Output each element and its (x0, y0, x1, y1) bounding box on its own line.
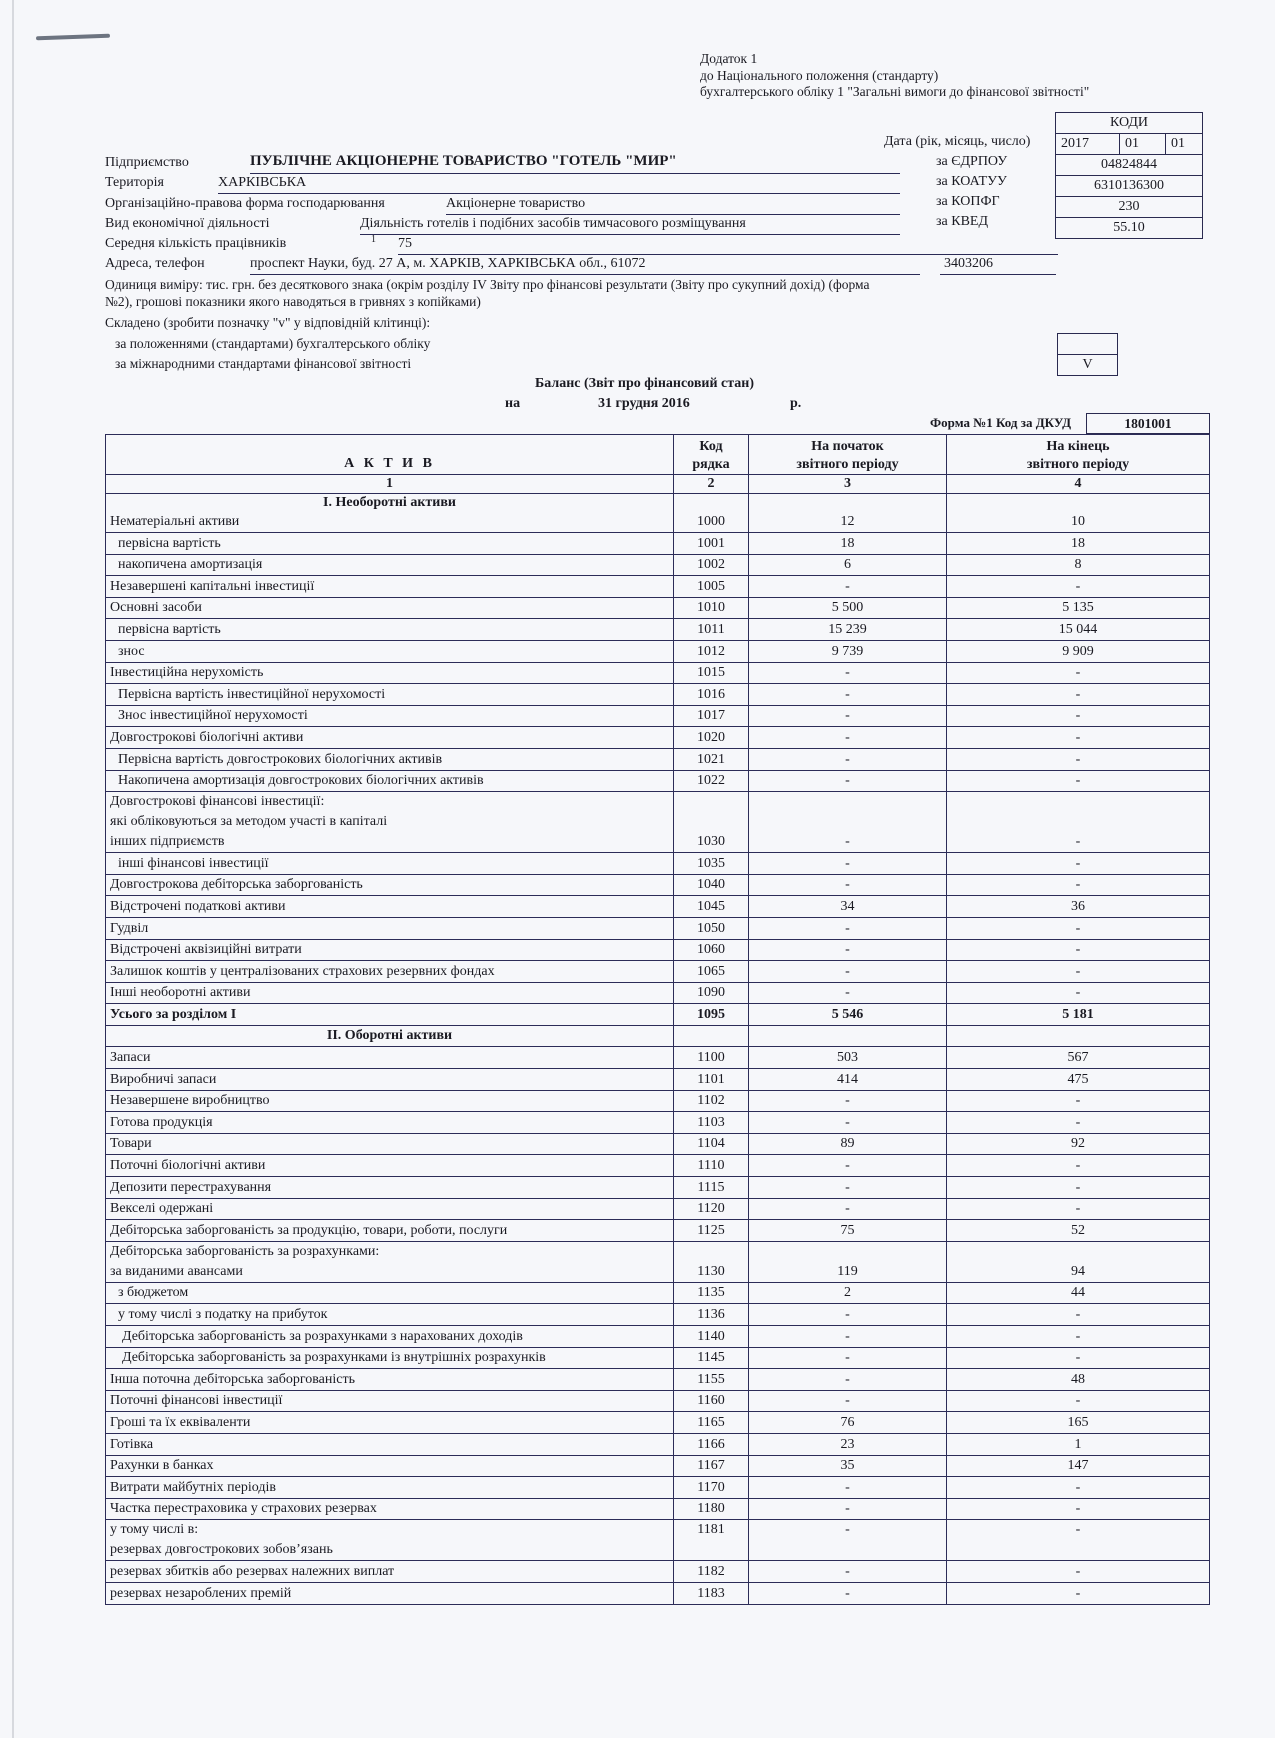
row-end: 52 (947, 1220, 1210, 1242)
row-end: - (947, 1090, 1210, 1112)
row-code: 1130 (674, 1241, 749, 1282)
compiled-label: Складено (зробити позначку "v" у відпові… (105, 315, 430, 331)
balance-table: А К Т И В Кодрядка На початокзвітного пе… (105, 434, 1210, 1605)
table-row: у тому числі з податку на прибуток1136-- (106, 1304, 1210, 1326)
row-code: 1035 (674, 853, 749, 875)
row-code: 1030 (674, 792, 749, 853)
row-start: - (749, 1198, 947, 1220)
row-end: - (947, 853, 1210, 875)
compiled-option-national: за положеннями (стандартами) бухгалтерсь… (115, 336, 430, 352)
row-code: 1103 (674, 1112, 749, 1134)
row-end: 165 (947, 1412, 1210, 1434)
row-label: Поточні фінансові інвестиції (106, 1390, 674, 1412)
row-label: Накопичена амортизація довгострокових бі… (106, 770, 674, 792)
row-code: 1040 (674, 874, 749, 896)
row-start: 6 (749, 554, 947, 576)
row-end: - (947, 961, 1210, 983)
table-row: Рахунки в банках116735147 (106, 1455, 1210, 1477)
row-code: 1045 (674, 896, 749, 918)
row-code: 1115 (674, 1177, 749, 1199)
row-label: Залишок коштів у централізованих страхов… (106, 961, 674, 983)
row-label: первісна вартість (106, 533, 674, 555)
table-row: Інвестиційна нерухомість1015-- (106, 662, 1210, 684)
row-start: - (749, 874, 947, 896)
compiled-checkboxes: V (1057, 333, 1118, 376)
header-period-start: На початокзвітного періоду (749, 435, 947, 475)
row-label: Відстрочені податкові активи (106, 896, 674, 918)
row-start: 119 (749, 1241, 947, 1282)
row-end: 5 135 (947, 597, 1210, 619)
row-code: 1010 (674, 597, 749, 619)
row-start: - (749, 1520, 947, 1561)
row-code: 1101 (674, 1069, 749, 1091)
row-start: 35 (749, 1455, 947, 1477)
column-number: 1 (106, 475, 674, 494)
row-label: Векселі одержані (106, 1198, 674, 1220)
enterprise-label: Підприємство (105, 155, 189, 171)
row-end: - (947, 748, 1210, 770)
row-start: - (749, 1090, 947, 1112)
table-row: Витрати майбутніх періодів1170-- (106, 1477, 1210, 1499)
row-start: 76 (749, 1412, 947, 1434)
row-start: 18 (749, 533, 947, 555)
row-end: 92 (947, 1133, 1210, 1155)
row-code: 1180 (674, 1498, 749, 1520)
table-row: знос10129 7399 909 (106, 640, 1210, 662)
row-end: - (947, 727, 1210, 749)
row-label: первісна вартість (106, 619, 674, 641)
phone-value: 3403206 (944, 256, 993, 272)
row-end: 475 (947, 1069, 1210, 1091)
row-label: знос (106, 640, 674, 662)
table-row: Первісна вартість інвестиційної нерухомо… (106, 684, 1210, 706)
section-title: І. Необоротні активи (106, 494, 673, 512)
koatuu-label: за КОАТУУ (936, 174, 1007, 190)
edrpou-code: 04824844 (1056, 155, 1202, 175)
row-end: - (947, 1155, 1210, 1177)
table-row: Готівка1166231 (106, 1433, 1210, 1455)
column-number: 2 (674, 475, 749, 494)
row-start: 75 (749, 1220, 947, 1242)
row-start: 414 (749, 1069, 947, 1091)
koatuu-code: 6310136300 (1056, 176, 1202, 196)
row-end: 9 909 (947, 640, 1210, 662)
row-end (947, 1025, 1210, 1047)
row-code: 1050 (674, 917, 749, 939)
row-label: Дебіторська заборгованість за розрахунка… (106, 1241, 674, 1282)
employees-footnote: 1 (371, 234, 376, 245)
table-row: Дебіторська заборгованість за розрахунка… (106, 1347, 1210, 1369)
row-end: 44 (947, 1282, 1210, 1304)
row-name: І. Необоротні активиНематеріальні активи (106, 494, 674, 533)
row-start: - (749, 576, 947, 598)
table-row: Векселі одержані1120-- (106, 1198, 1210, 1220)
table-row: Первісна вартість довгострокових біологі… (106, 748, 1210, 770)
row-label: Запаси (106, 1047, 674, 1069)
row-label: Витрати майбутніх періодів (106, 1477, 674, 1499)
enterprise-underline (250, 173, 900, 174)
row-label: резервах збитків або резервах належних в… (106, 1561, 674, 1583)
table-row: Інша поточна дебіторська заборгованість1… (106, 1369, 1210, 1391)
row-code: 1170 (674, 1477, 749, 1499)
address-underline (250, 274, 920, 275)
row-code: 1167 (674, 1455, 749, 1477)
row-label: Дебіторська заборгованість за розрахунка… (106, 1326, 674, 1348)
edrpou-label: за ЄДРПОУ (936, 154, 1007, 170)
row-end: 18 (947, 533, 1210, 555)
row-code: 1145 (674, 1347, 749, 1369)
checkbox-ifrs[interactable]: V (1058, 354, 1117, 375)
appendix-line-2: до Національного положення (стандарту) (700, 68, 938, 84)
territory-value: ХАРКІВСЬКА (218, 175, 306, 191)
row-code: 1011 (674, 619, 749, 641)
row-end: - (947, 874, 1210, 896)
compiled-option-ifrs: за міжнародними стандартами фінансової з… (115, 356, 411, 372)
row-start: 5 546 (749, 1004, 947, 1026)
row-label: з бюджетом (106, 1282, 674, 1304)
row-end: - (947, 1477, 1210, 1499)
table-row: Дебіторська заборгованість за розрахунка… (106, 1326, 1210, 1348)
column-number: 4 (947, 475, 1210, 494)
table-row: Виробничі запаси1101414475 (106, 1069, 1210, 1091)
table-row: Накопичена амортизація довгострокових бі… (106, 770, 1210, 792)
row-label: Гудвіл (106, 917, 674, 939)
section-row: II. Оборотні активи (106, 1025, 1210, 1047)
row-end: - (947, 1326, 1210, 1348)
row-start: - (749, 705, 947, 727)
table-row: Залишок коштів у централізованих страхов… (106, 961, 1210, 983)
total-row: Усього за розділом I10955 5465 181 (106, 1004, 1210, 1026)
checkbox-national-standards[interactable] (1058, 334, 1117, 354)
row-start: - (749, 853, 947, 875)
header-period-end: На кінецьзвітного періоду (947, 435, 1210, 475)
row-end: - (947, 662, 1210, 684)
row-end: - (947, 792, 1210, 853)
row-label: Довгострокові фінансові інвестиції: які … (106, 792, 674, 853)
table-row: у тому числі в: резервах довгострокових … (106, 1520, 1210, 1561)
activity-underline (360, 234, 900, 235)
employees-value: 75 (398, 236, 412, 252)
form-code: 1801001 (1086, 413, 1210, 434)
row-label: Незавершене виробництво (106, 1090, 674, 1112)
kved-code: 55.10 (1056, 218, 1202, 238)
appendix-line-3: бухгалтерського обліку 1 "Загальні вимог… (700, 84, 1089, 100)
row-start: - (749, 684, 947, 706)
row-code: 1000 (674, 494, 749, 533)
row-end: - (947, 1112, 1210, 1134)
row-start: 9 739 (749, 640, 947, 662)
row-end: - (947, 576, 1210, 598)
row-label: Дебіторська заборгованість за продукцію,… (106, 1220, 674, 1242)
row-start: - (749, 917, 947, 939)
row-end: - (947, 1390, 1210, 1412)
row-label: Поточні біологічні активи (106, 1155, 674, 1177)
row-start: - (749, 1477, 947, 1499)
table-row: первісна вартість101115 23915 044 (106, 619, 1210, 641)
row-start: - (749, 1304, 947, 1326)
legal-form-underline (446, 214, 900, 215)
row-code: 1136 (674, 1304, 749, 1326)
territory-label: Територія (105, 175, 164, 191)
row-code: 1182 (674, 1561, 749, 1583)
scan-edge (12, 0, 14, 1738)
table-row: Депозити перестрахування1115-- (106, 1177, 1210, 1199)
row-label: Рахунки в банках (106, 1455, 674, 1477)
row-code: 1012 (674, 640, 749, 662)
table-row: інші фінансові інвестиції1035-- (106, 853, 1210, 875)
table-row: Знос інвестиційної нерухомості1017-- (106, 705, 1210, 727)
row-start: 89 (749, 1133, 947, 1155)
row-label: Інвестиційна нерухомість (106, 662, 674, 684)
table-row: І. Необоротні активиНематеріальні активи… (106, 494, 1210, 533)
row-code: 1017 (674, 705, 749, 727)
employees-label: Середня кількість працівників (105, 236, 286, 252)
address-label: Адреса, телефон (105, 256, 205, 272)
row-label: інші фінансові інвестиції (106, 853, 674, 875)
row-start: 23 (749, 1433, 947, 1455)
row-code: 1095 (674, 1004, 749, 1026)
row-label: Гроші та їх еквіваленти (106, 1412, 674, 1434)
row-code: 1001 (674, 533, 749, 555)
report-title: Баланс (Звіт про фінансовий стан) (535, 376, 754, 392)
legal-form-label: Організаційно-правова форма господарюван… (105, 196, 385, 212)
section-title: II. Оборотні активи (106, 1025, 674, 1047)
row-code: 1065 (674, 961, 749, 983)
row-label: Відстрочені аквізиційні витрати (106, 939, 674, 961)
row-code: 1022 (674, 770, 749, 792)
row-end: 94 (947, 1241, 1210, 1282)
row-start (749, 1025, 947, 1047)
row-label: Первісна вартість інвестиційної нерухомо… (106, 684, 674, 706)
row-code: 1110 (674, 1155, 749, 1177)
row-end: 567 (947, 1047, 1210, 1069)
row-label: Знос інвестиційної нерухомості (106, 705, 674, 727)
table-row: Основні засоби10105 5005 135 (106, 597, 1210, 619)
row-start: - (749, 1112, 947, 1134)
table-row: Довгострокові біологічні активи1020-- (106, 727, 1210, 749)
table-row: Відстрочені аквізиційні витрати1060-- (106, 939, 1210, 961)
row-code: 1104 (674, 1133, 749, 1155)
row-end: - (947, 1304, 1210, 1326)
header-code: Кодрядка (674, 435, 749, 475)
row-label: у тому числі з податку на прибуток (106, 1304, 674, 1326)
header-aktiv: А К Т И В (106, 435, 674, 475)
row-start: - (749, 1347, 947, 1369)
row-code: 1166 (674, 1433, 749, 1455)
table-row: Гудвіл1050-- (106, 917, 1210, 939)
date-label: Дата (рік, місяць, число) (884, 134, 1030, 150)
report-date-suffix: р. (790, 396, 801, 412)
table-row: Дебіторська заборгованість за продукцію,… (106, 1220, 1210, 1242)
row-start: - (749, 982, 947, 1004)
table-row: Незавершені капітальні інвестиції1005-- (106, 576, 1210, 598)
row-end: 5 181 (947, 1004, 1210, 1026)
form-label: Форма №1 Код за ДКУД (930, 415, 1071, 431)
table-row: накопичена амортизація100268 (106, 554, 1210, 576)
kopfg-label: за КОПФГ (936, 194, 1000, 210)
enterprise-name: ПУБЛІЧНЕ АКЦІОНЕРНЕ ТОВАРИСТВО "ГОТЕЛЬ "… (250, 153, 677, 170)
row-label: Основні засоби (106, 597, 674, 619)
row-label: Усього за розділом I (106, 1004, 674, 1026)
appendix-line-1: Додаток 1 (700, 51, 757, 67)
row-end: 1 (947, 1433, 1210, 1455)
table-row: Гроші та їх еквіваленти116576165 (106, 1412, 1210, 1434)
row-start: - (749, 1390, 947, 1412)
row-end: 36 (947, 896, 1210, 918)
row-end: - (947, 1582, 1210, 1604)
row-label: резервах незароблених премій (106, 1582, 674, 1604)
page-bottom-margin (0, 1738, 1275, 1755)
territory-underline (218, 193, 900, 194)
table-row: Товари11048992 (106, 1133, 1210, 1155)
row-label: Нематеріальні активи (106, 512, 673, 532)
phone-underline (940, 274, 1056, 275)
row-end: - (947, 770, 1210, 792)
report-date: 31 грудня 2016 (598, 396, 690, 412)
row-label: Готова продукція (106, 1112, 674, 1134)
row-end: - (947, 939, 1210, 961)
row-end: 15 044 (947, 619, 1210, 641)
row-label: Первісна вартість довгострокових біологі… (106, 748, 674, 770)
codes-box: КОДИ 2017 01 01 04824844 6310136300 230 … (1055, 112, 1203, 239)
report-date-prefix: на (505, 396, 520, 412)
activity-value: Діяльність готелів і подібних засобів ти… (360, 216, 746, 232)
row-code: 1160 (674, 1390, 749, 1412)
row-code: 1135 (674, 1282, 749, 1304)
row-end: 147 (947, 1455, 1210, 1477)
row-label: Готівка (106, 1433, 674, 1455)
table-row: з бюджетом1135244 (106, 1282, 1210, 1304)
column-number: 3 (749, 475, 947, 494)
row-code: 1015 (674, 662, 749, 684)
table-row: резервах збитків або резервах належних в… (106, 1561, 1210, 1583)
row-start: - (749, 1561, 947, 1583)
row-label: Виробничі запаси (106, 1069, 674, 1091)
date-day: 01 (1166, 134, 1202, 154)
row-end: - (947, 1498, 1210, 1520)
table-row: Інші необоротні активи1090-- (106, 982, 1210, 1004)
row-start: - (749, 939, 947, 961)
row-start: - (749, 1177, 947, 1199)
table-row: Дебіторська заборгованість за розрахунка… (106, 1241, 1210, 1282)
row-label: Дебіторська заборгованість за розрахунка… (106, 1347, 674, 1369)
row-code: 1090 (674, 982, 749, 1004)
row-end: - (947, 705, 1210, 727)
row-code: 1140 (674, 1326, 749, 1348)
row-end: - (947, 1198, 1210, 1220)
row-code: 1102 (674, 1090, 749, 1112)
table-row: резервах незароблених премій1183-- (106, 1582, 1210, 1604)
row-start: - (749, 770, 947, 792)
row-start: 2 (749, 1282, 947, 1304)
table-row: Поточні фінансові інвестиції1160-- (106, 1390, 1210, 1412)
row-start: - (749, 1326, 947, 1348)
row-end: - (947, 1177, 1210, 1199)
row-end: 10 (947, 494, 1210, 533)
row-end: - (947, 684, 1210, 706)
kopfg-code: 230 (1056, 197, 1202, 217)
row-start: - (749, 1498, 947, 1520)
row-label: у тому числі в: резервах довгострокових … (106, 1520, 674, 1561)
employees-underline (398, 254, 1058, 255)
table-header-row: А К Т И В Кодрядка На початокзвітного пе… (106, 435, 1210, 475)
row-label: Інша поточна дебіторська заборгованість (106, 1369, 674, 1391)
row-code: 1021 (674, 748, 749, 770)
row-end: - (947, 1520, 1210, 1561)
row-end: - (947, 1561, 1210, 1583)
row-code: 1125 (674, 1220, 749, 1242)
row-label: Депозити перестрахування (106, 1177, 674, 1199)
row-label: Довгострокові біологічні активи (106, 727, 674, 749)
legal-form-value: Акціонерне товариство (446, 196, 585, 212)
date-year: 2017 (1056, 134, 1120, 154)
row-end: 48 (947, 1369, 1210, 1391)
row-code (674, 1025, 749, 1047)
row-label: Незавершені капітальні інвестиції (106, 576, 674, 598)
row-code: 1183 (674, 1582, 749, 1604)
row-start: - (749, 1369, 947, 1391)
row-code: 1181 (674, 1520, 749, 1561)
table-row: Довгострокові фінансові інвестиції: які … (106, 792, 1210, 853)
date-month: 01 (1120, 134, 1166, 154)
row-start: - (749, 792, 947, 853)
row-start: 12 (749, 494, 947, 533)
row-code: 1020 (674, 727, 749, 749)
codes-title: КОДИ (1056, 113, 1202, 133)
table-row: первісна вартість10011818 (106, 533, 1210, 555)
unit-line-2: №2), грошові показники якого наводяться … (105, 294, 481, 310)
row-code: 1100 (674, 1047, 749, 1069)
row-start: - (749, 662, 947, 684)
row-code: 1120 (674, 1198, 749, 1220)
row-code: 1016 (674, 684, 749, 706)
row-label: накопичена амортизація (106, 554, 674, 576)
column-number-row: 1 2 3 4 (106, 475, 1210, 494)
row-code: 1005 (674, 576, 749, 598)
row-start: - (749, 961, 947, 983)
row-label: Товари (106, 1133, 674, 1155)
row-start: - (749, 1582, 947, 1604)
activity-label: Вид економічної діяльності (105, 216, 270, 232)
row-code: 1155 (674, 1369, 749, 1391)
row-label: Довгострокова дебіторська заборгованість (106, 874, 674, 896)
row-label: Інші необоротні активи (106, 982, 674, 1004)
table-row: Поточні біологічні активи1110-- (106, 1155, 1210, 1177)
row-end: - (947, 1347, 1210, 1369)
table-row: Частка перестраховика у страхових резерв… (106, 1498, 1210, 1520)
kved-label: за КВЕД (936, 214, 988, 230)
row-start: - (749, 748, 947, 770)
row-start: 503 (749, 1047, 947, 1069)
table-row: Відстрочені податкові активи10453436 (106, 896, 1210, 918)
row-end: - (947, 982, 1210, 1004)
row-end: - (947, 917, 1210, 939)
row-start: - (749, 727, 947, 749)
row-code: 1002 (674, 554, 749, 576)
row-end: 8 (947, 554, 1210, 576)
unit-line-1: Одиниця виміру: тис. грн. без десятковог… (105, 277, 870, 293)
row-start: 15 239 (749, 619, 947, 641)
row-start: - (749, 1155, 947, 1177)
address-value: проспект Науки, буд. 27 А, м. ХАРКІВ, ХА… (250, 256, 645, 272)
table-row: Довгострокова дебіторська заборгованість… (106, 874, 1210, 896)
table-row: Готова продукція1103-- (106, 1112, 1210, 1134)
table-row: Запаси1100503567 (106, 1047, 1210, 1069)
row-start: 34 (749, 896, 947, 918)
table-row: Незавершене виробництво1102-- (106, 1090, 1210, 1112)
row-code: 1165 (674, 1412, 749, 1434)
row-code: 1060 (674, 939, 749, 961)
